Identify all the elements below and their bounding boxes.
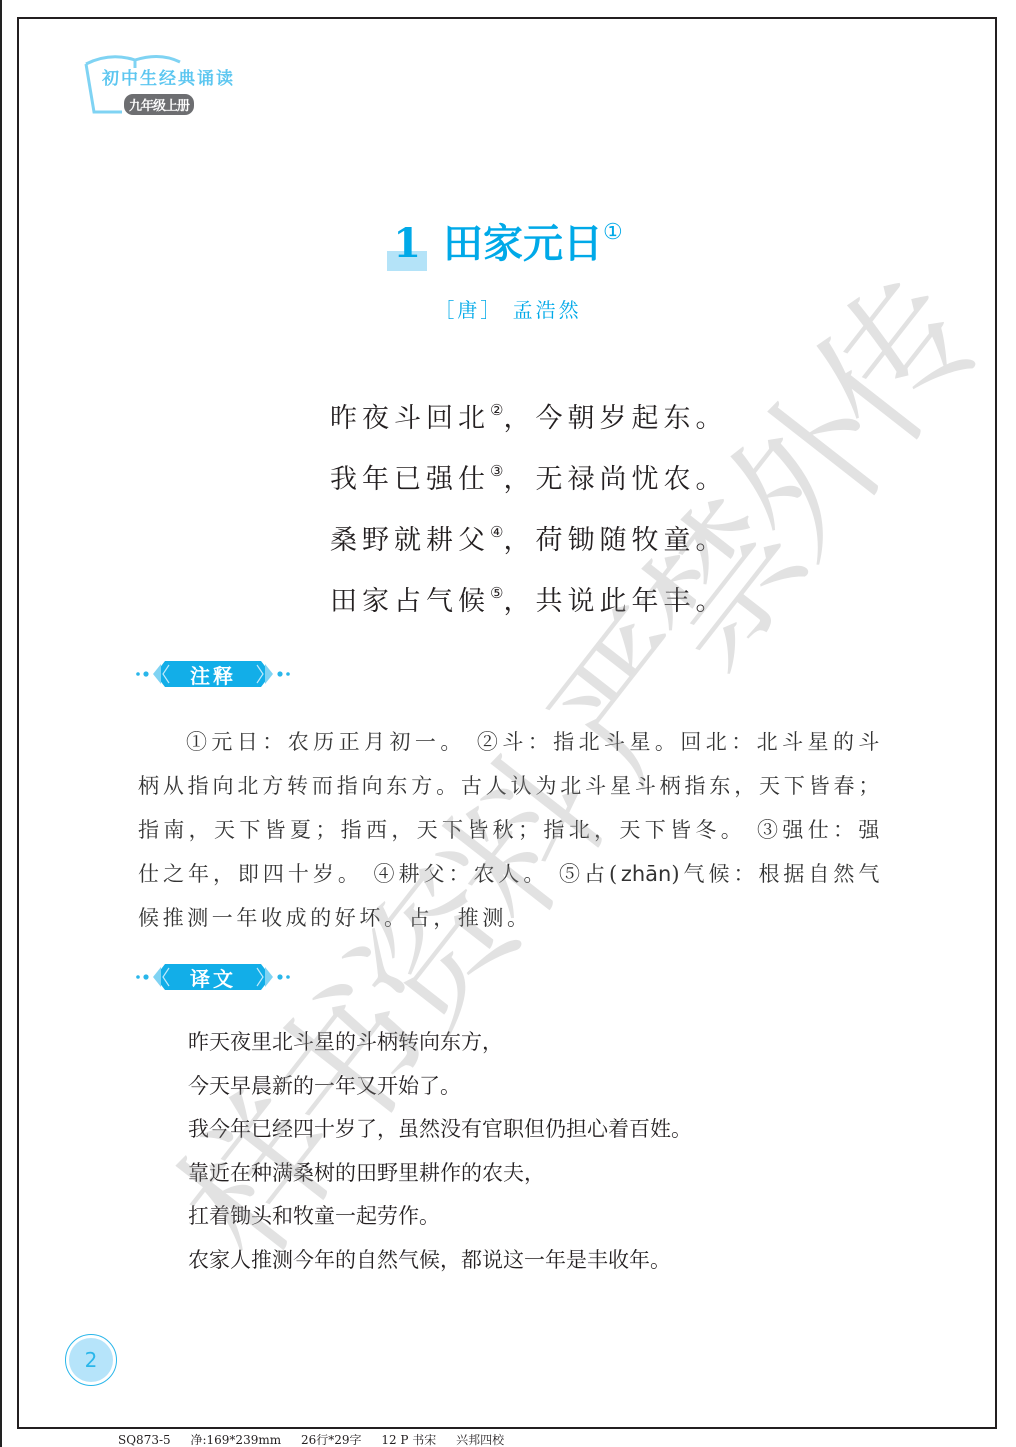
poem-line-first-half: 田家占气候	[330, 586, 490, 617]
poem-line-second-half: ，荷锄随牧童。	[503, 525, 727, 556]
footnote-marker: ④	[490, 523, 503, 541]
series-title: 初中生经典诵读	[102, 64, 235, 89]
lesson-number: 1	[393, 220, 421, 267]
translation-line: 靠近在种满桑树的田野里耕作的农夫，	[188, 1153, 692, 1197]
grade-label: 九年级上册	[124, 94, 194, 115]
poem-line-second-half: ，今朝岁起东。	[503, 403, 727, 434]
translation-section-label: 译文	[185, 963, 241, 992]
series-logo: 初中生经典诵读 九年级上册	[80, 50, 260, 120]
translation-line: 我今年已经四十岁了，虽然没有官职但仍担心着百姓。	[188, 1109, 692, 1153]
footnote-marker: ③	[490, 462, 503, 480]
title-footnote-marker: ①	[603, 220, 623, 245]
print-publisher: 兴邦四校	[456, 1433, 504, 1447]
poem-line-second-half: ，共说此年丰。	[503, 586, 727, 617]
translation-line: 今天早晨新的一年又开始了。	[188, 1066, 692, 1110]
poem-line: 我年已强仕③，无禄尚忧农。	[330, 451, 727, 512]
poem: 昨夜斗回北②，今朝岁起东。 我年已强仕③，无禄尚忧农。 桑野就耕父④，荷锄随牧童…	[330, 390, 727, 634]
footnote-marker: ⑤	[490, 584, 503, 602]
translation-line: 农家人推测今年的自然气候，都说这一年是丰收年。	[188, 1240, 692, 1284]
print-code: SQ873-5	[118, 1433, 171, 1447]
footnote-marker: ②	[490, 401, 503, 419]
poem-line: 桑野就耕父④，荷锄随牧童。	[330, 512, 727, 573]
translation: 昨天夜里北斗星的斗柄转向东方， 今天早晨新的一年又开始了。 我今年已经四十岁了，…	[188, 1022, 692, 1283]
notes-section-label: 注释	[185, 660, 241, 689]
translation-line: 昨天夜里北斗星的斗柄转向东方，	[188, 1022, 692, 1066]
notes-paragraph: ①元日：农历正月初一。 ②斗：指北斗星。回北：北斗星的斗柄从指向北方转而指向东方…	[138, 720, 883, 940]
lesson-heading: 1田家元日①	[0, 212, 1016, 269]
print-size: 净:169*239mm	[190, 1433, 281, 1447]
translation-section-badge: 译文	[135, 960, 290, 994]
poem-line-first-half: 昨夜斗回北	[330, 403, 490, 434]
pinyin: zhān	[621, 862, 672, 886]
author-line: ［唐］ 孟浩然	[0, 294, 1016, 323]
poem-line-first-half: 我年已强仕	[330, 464, 490, 495]
notes-section-badge: 注释	[135, 657, 290, 691]
lesson-title: 田家元日	[443, 220, 603, 267]
poem-line-first-half: 桑野就耕父	[330, 525, 490, 556]
print-info-footer: SQ873-5 净:169*239mm 26行*29字 12 P 书宋 兴邦四校	[118, 1431, 520, 1447]
page-number: 2	[69, 1338, 113, 1382]
print-font: 12 P 书宋	[381, 1433, 436, 1447]
poem-line: 田家占气候⑤，共说此年丰。	[330, 573, 727, 634]
page-number-badge: 2	[65, 1334, 117, 1386]
translation-line: 扛着锄头和牧童一起劳作。	[188, 1196, 692, 1240]
poem-line: 昨夜斗回北②，今朝岁起东。	[330, 390, 727, 451]
poem-line-second-half: ，无禄尚忧农。	[503, 464, 727, 495]
print-layout: 26行*29字	[301, 1433, 362, 1447]
